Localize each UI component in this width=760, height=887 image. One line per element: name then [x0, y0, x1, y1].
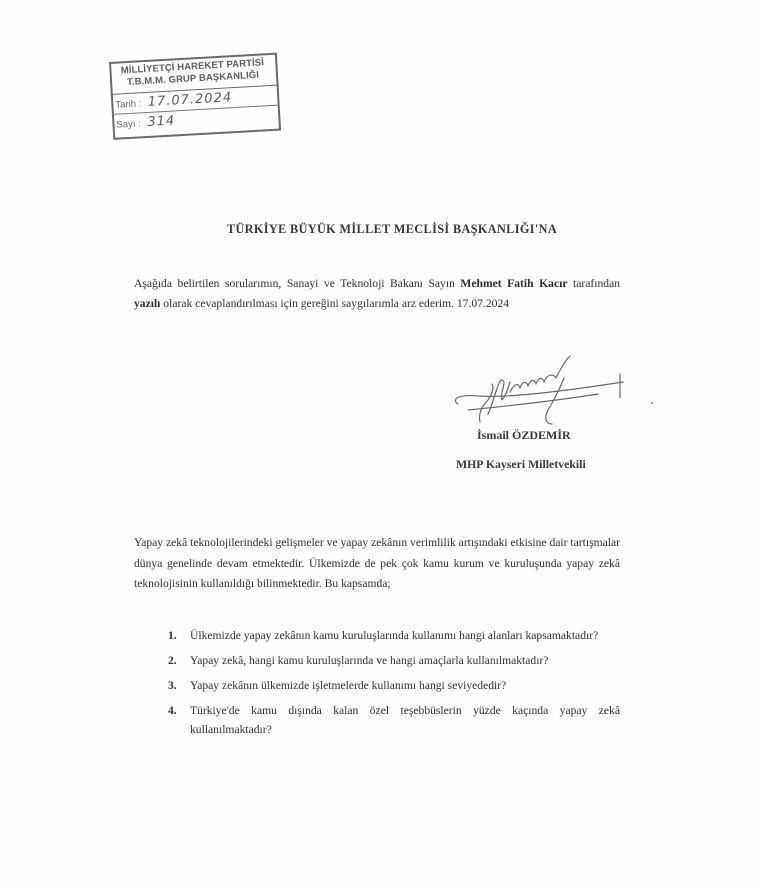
ink-dot [651, 402, 653, 404]
intro-text: Aşağıda belirtilen sorularımın, Sanayi v… [134, 277, 460, 290]
stamp-number-value: 314 [147, 113, 176, 130]
stamp-number-label: Sayı : [116, 118, 141, 130]
signer-title: MHP Kayseri Milletvekili [456, 457, 586, 472]
intro-text: tarafından [567, 277, 620, 290]
intro-text: olarak cevaplandırılması için gereğini s… [160, 297, 509, 310]
question-number: 3. [168, 676, 177, 695]
minister-name: Mehmet Fatih Kacır [460, 277, 567, 290]
question-text: Yapay zekâ, hangi kamu kuruluşlarında ve… [190, 654, 548, 667]
question-number: 4. [168, 701, 177, 720]
stamp-date-label: Tarih : [115, 98, 141, 110]
intro-paragraph: Aşağıda belirtilen sorularımın, Sanayi v… [134, 274, 620, 314]
question-number: 1. [168, 626, 177, 645]
question-item: 2. Yapay zekâ, hangi kamu kuruluşlarında… [168, 651, 620, 670]
question-list: 1. Ülkemizde yapay zekânın kamu kuruluşl… [168, 626, 620, 745]
signer-name: İsmail ÖZDEMİR [477, 428, 571, 443]
question-number: 2. [168, 651, 177, 670]
registry-stamp: MİLLİYETÇİ HAREKET PARTİSİ T.B.M.M. GRUP… [109, 53, 279, 138]
document-page: MİLLİYETÇİ HAREKET PARTİSİ T.B.M.M. GRUP… [0, 0, 760, 887]
written-emphasis: yazılı [134, 297, 160, 310]
question-text: Ülkemizde yapay zekânın kamu kuruluşları… [190, 629, 598, 642]
body-paragraph: Yapay zekâ teknolojilerindeki gelişmeler… [134, 533, 620, 595]
document-heading: TÜRKİYE BÜYÜK MİLLET MECLİSİ BAŞKANLIĞI'… [0, 222, 760, 237]
question-item: 3. Yapay zekânın ülkemizde işletmelerde … [168, 676, 620, 695]
question-item: 1. Ülkemizde yapay zekânın kamu kuruluşl… [168, 626, 620, 645]
handwritten-signature [448, 352, 628, 432]
question-text: Türkiye'de kamu dışında kalan özel teşeb… [190, 704, 620, 736]
question-text: Yapay zekânın ülkemizde işletmelerde kul… [190, 679, 506, 692]
question-item: 4. Türkiye'de kamu dışında kalan özel te… [168, 701, 620, 739]
